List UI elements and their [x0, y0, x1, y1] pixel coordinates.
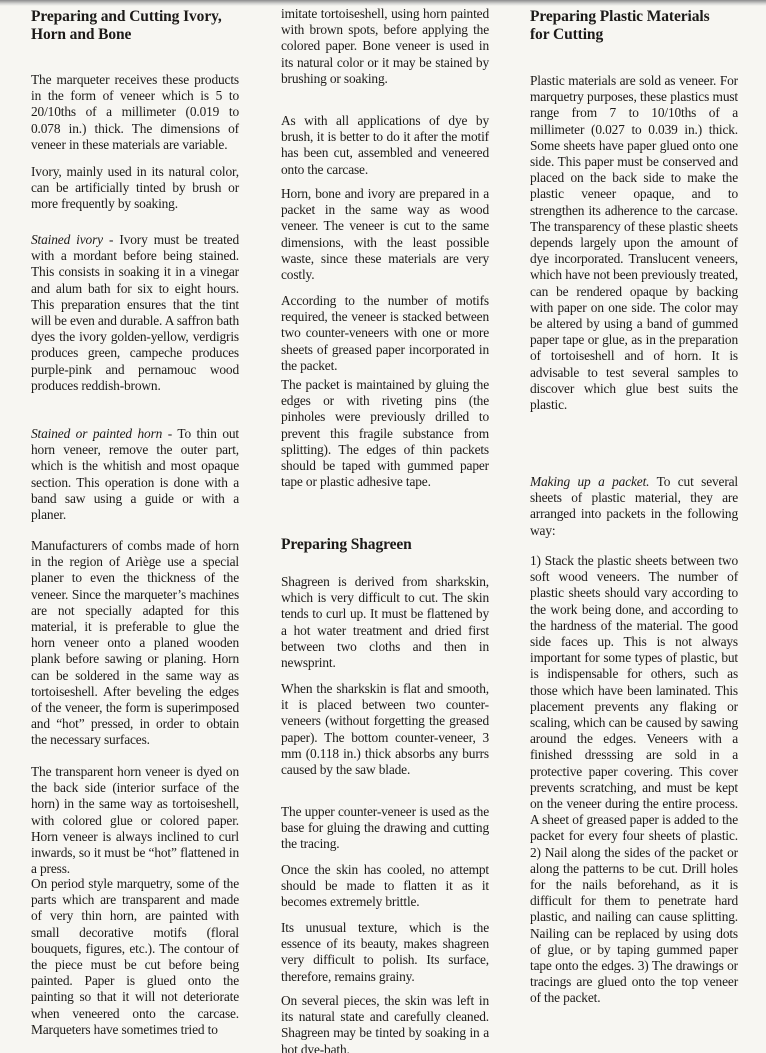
run-in-heading: Making up a packet.	[530, 474, 649, 489]
paragraph-body: - Ivory must be treated with a mordant b…	[31, 232, 239, 393]
paragraph: Once the skin has cooled, no attempt sho…	[281, 862, 489, 911]
paragraph: Its unusual texture, which is the essenc…	[281, 920, 489, 985]
section-heading-shagreen: Preparing Shagreen	[281, 536, 489, 554]
paragraph: As with all applications of dye by brush…	[281, 113, 489, 178]
paragraph: Horn, bone and ivory are prepared in a p…	[281, 186, 489, 283]
paragraph: According to the number of motifs requir…	[281, 293, 489, 374]
paragraph: Shagreen is derived from sharkskin, whic…	[281, 574, 489, 671]
run-in-heading: Stained or painted horn	[31, 426, 162, 441]
run-in-heading: Stained ivory	[31, 232, 103, 247]
book-page: Preparing and Cutting Ivory, Horn and Bo…	[0, 0, 766, 1053]
paragraph-stained-ivory: Stained ivory - Ivory must be treated wi…	[31, 232, 239, 394]
paragraph: The upper counter-veneer is used as the …	[281, 804, 489, 853]
paragraph-stained-horn: Stained or painted horn - To thin out ho…	[31, 426, 239, 523]
paragraph: On several pieces, the skin was left in …	[281, 993, 489, 1053]
paragraph: The transparent horn veneer is dyed on t…	[31, 764, 239, 877]
paragraph: The marqueter receives these products in…	[31, 72, 239, 153]
paragraph-making-packet: Making up a packet. To cut several sheet…	[530, 474, 738, 539]
paragraph: The packet is maintained by gluing the e…	[281, 377, 489, 490]
paragraph: Ivory, mainly used in its natural color,…	[31, 164, 239, 213]
paragraph: On period style marquetry, some of the p…	[31, 876, 239, 1038]
section-heading-plastic: Preparing Plastic Materials for Cutting	[530, 8, 710, 44]
paragraph: Plastic materials are sold as veneer. Fo…	[530, 73, 738, 413]
section-heading-ivory-horn-bone: Preparing and Cutting Ivory, Horn and Bo…	[31, 8, 231, 44]
paragraph: Manufacturers of combs made of horn in t…	[31, 538, 239, 749]
paragraph-steps: 1) Stack the plastic sheets between two …	[530, 553, 738, 1007]
paragraph: imitate tortoiseshell, using horn painte…	[281, 6, 489, 87]
paragraph: When the sharkskin is flat and smooth, i…	[281, 681, 489, 778]
